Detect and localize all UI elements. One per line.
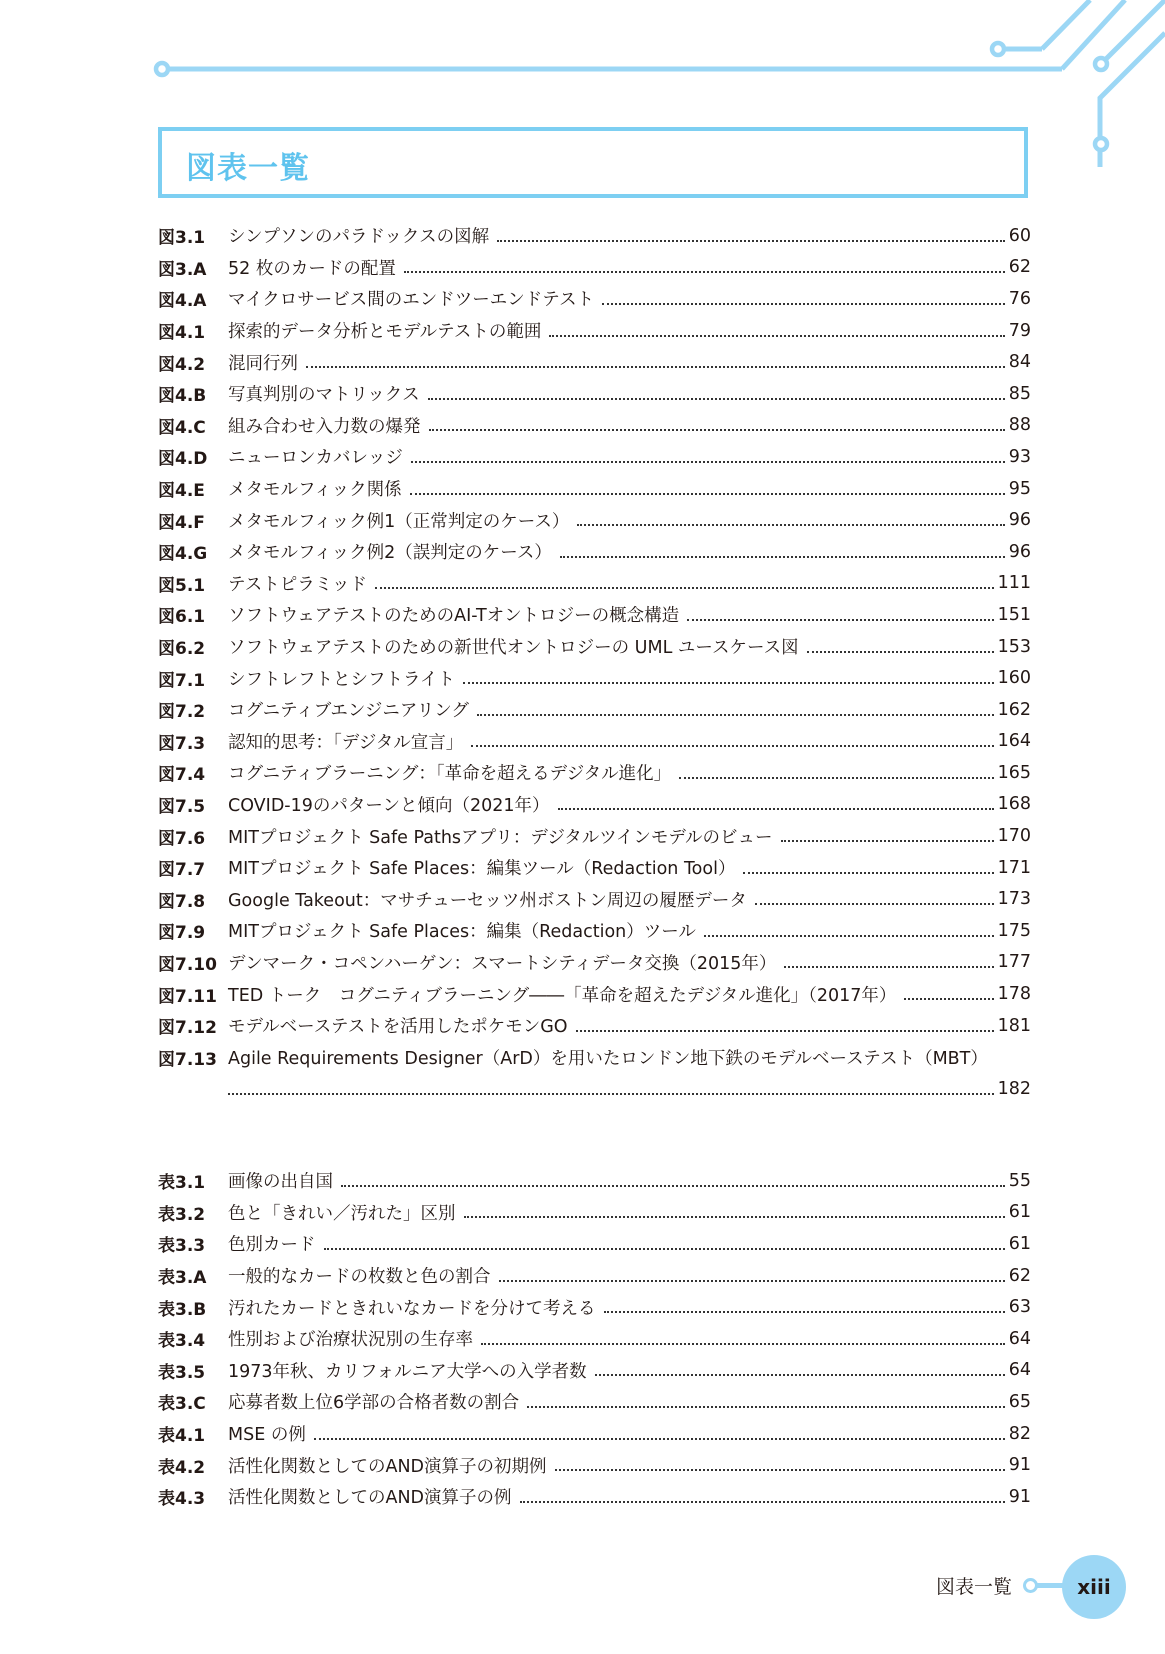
entry-title: 活性化関数としてのAND演算子の初期例 [228, 1453, 551, 1478]
entry-page: 96 [1009, 542, 1031, 562]
entry-title: 汚れたカードときれいなカードを分けて考える [228, 1295, 600, 1320]
entry-number: 表3.4 [158, 1326, 228, 1351]
entry-page: 178 [998, 984, 1031, 1004]
entry-number: 図4.B [158, 381, 228, 406]
entry-title: 色と「きれい／汚れた」区別 [228, 1200, 460, 1225]
entry-title: 1973年秋、カリフォルニア大学への入学者数 [228, 1358, 591, 1383]
leader-dots [743, 872, 993, 874]
entry-number: 図7.10 [158, 950, 228, 975]
entry-number: 図4.F [158, 508, 228, 533]
entry-page: 175 [998, 921, 1031, 941]
table-entry[interactable]: 表3.A一般的なカードの枚数と色の割合62 [158, 1260, 1031, 1292]
entry-page: 61 [1009, 1202, 1031, 1222]
entry-page: 164 [998, 731, 1031, 751]
entry-page: 168 [998, 794, 1031, 814]
entry-number: 表3.2 [158, 1200, 228, 1225]
entry-page: 60 [1009, 226, 1031, 246]
entry-number: 図4.G [158, 539, 228, 564]
figure-entry[interactable]: 図7.7MITプロジェクト Safe Places：編集ツール（Redactio… [158, 852, 1031, 884]
entry-number: 図6.1 [158, 602, 228, 627]
entry-page: 160 [998, 668, 1031, 688]
leader-dots [314, 1438, 1005, 1440]
leader-dots [904, 998, 993, 1000]
leader-dots [807, 651, 994, 653]
table-entry[interactable]: 表4.1MSE の例82 [158, 1418, 1031, 1450]
table-entry[interactable]: 表3.2色と「きれい／汚れた」区別61 [158, 1197, 1031, 1229]
figure-entry[interactable]: 図4.Eメタモルフィック関係95 [158, 473, 1031, 505]
entry-title: マイクロサービス間のエンドツーエンドテスト [228, 286, 598, 311]
table-entry[interactable]: 表4.2活性化関数としてのAND演算子の初期例91 [158, 1449, 1031, 1481]
entry-title: MSE の例 [228, 1421, 310, 1446]
table-entry[interactable]: 表3.3色別カード61 [158, 1228, 1031, 1260]
entry-page: 165 [998, 763, 1031, 783]
entry-number: 表3.A [158, 1263, 228, 1288]
leader-dots [527, 1406, 1005, 1408]
entry-page: 96 [1009, 510, 1031, 530]
figure-entry[interactable]: 図7.9MITプロジェクト Safe Places：編集（Redaction）ツ… [158, 915, 1031, 947]
figure-entry[interactable]: 図7.13Agile Requirements Designer（ArD）を用い… [158, 1041, 1031, 1073]
figure-entry[interactable]: 図7.8Google Takeout：マサチューセッツ州ボストン周辺の履歴データ… [158, 883, 1031, 915]
entry-page: 79 [1009, 321, 1031, 341]
entry-number: 図4.1 [158, 318, 228, 343]
entry-number: 図4.E [158, 476, 228, 501]
leader-dots [520, 1501, 1005, 1503]
entry-page: 170 [998, 826, 1031, 846]
figure-entry[interactable]: 図7.10デンマーク・コペンハーゲン：スマートシティデータ交換（2015年）17… [158, 947, 1031, 979]
leader-dots [429, 429, 1005, 431]
entry-page: 62 [1009, 1266, 1031, 1286]
entry-page: 171 [998, 858, 1031, 878]
entry-number: 図7.8 [158, 887, 228, 912]
entry-page: 61 [1009, 1234, 1031, 1254]
entry-number: 表3.C [158, 1389, 228, 1414]
entry-number: 図7.5 [158, 792, 228, 817]
entry-number: 図4.A [158, 286, 228, 311]
entry-number: 図7.9 [158, 918, 228, 943]
entry-number: 表3.3 [158, 1231, 228, 1256]
entry-title: COVID-19のパターンと傾向（2021年） [228, 792, 554, 817]
page-title: 図表一覧 [186, 143, 310, 187]
entry-title: ニューロンカバレッジ [228, 444, 407, 469]
leader-dots [410, 493, 1005, 495]
entry-title: 混同行列 [228, 350, 302, 375]
entry-title: モデルベーステストを活用したポケモンGO [228, 1013, 572, 1038]
leader-dots [375, 587, 994, 589]
figure-entry[interactable]: 図4.Fメタモルフィック例1（正常判定のケース）96 [158, 504, 1031, 536]
entry-page: 177 [998, 952, 1031, 972]
entry-page: 95 [1009, 479, 1031, 499]
figure-entry[interactable]: 図3.A52 枚のカードの配置62 [158, 252, 1031, 284]
leader-dots [558, 808, 994, 810]
footer-node-icon [1023, 1578, 1038, 1593]
figure-entry[interactable]: 図7.12モデルベーステストを活用したポケモンGO181 [158, 1010, 1031, 1042]
entry-page: 88 [1009, 415, 1031, 435]
entry-page: 93 [1009, 447, 1031, 467]
figure-entry[interactable]: 図6.2ソフトウェアテストのための新世代オントロジーの UML ユースケース図1… [158, 631, 1031, 663]
entry-title: 性別および治療状況別の生存率 [228, 1326, 477, 1351]
entry-page: 82 [1009, 1424, 1031, 1444]
entry-number: 表4.3 [158, 1484, 228, 1509]
footer-section-label: 図表一覧 [936, 1572, 1012, 1599]
leader-dots [324, 1248, 1005, 1250]
leader-dots [576, 1030, 994, 1032]
entry-title: コグニティブラーニング：「革命を超えるデジタル進化」 [228, 760, 675, 785]
table-entry[interactable]: 表3.4性別および治療状況別の生存率64 [158, 1323, 1031, 1355]
entry-number: 図7.11 [158, 982, 228, 1007]
leader-dots [411, 461, 1005, 463]
entry-number: 図7.6 [158, 824, 228, 849]
table-entry[interactable]: 表4.3活性化関数としてのAND演算子の例91 [158, 1481, 1031, 1513]
entry-title: 一般的なカードの枚数と色の割合 [228, 1263, 495, 1288]
leader-dots [602, 303, 1005, 305]
entry-page: 85 [1009, 384, 1031, 404]
leader-dots [306, 366, 1005, 368]
entry-number: 表4.2 [158, 1453, 228, 1478]
leader-dots [471, 745, 993, 747]
entry-title: MITプロジェクト Safe Places：編集ツール（Redaction To… [228, 855, 739, 880]
entry-title: メタモルフィック例1（正常判定のケース） [228, 508, 573, 533]
entry-page: 91 [1009, 1487, 1031, 1507]
entry-page: 151 [998, 605, 1031, 625]
figure-entry[interactable]: 図7.11TED トーク コグニティブラーニング――「革命を超えたデジタル進化」… [158, 978, 1031, 1010]
entry-title: 色別カード [228, 1231, 320, 1256]
entry-title: MITプロジェクト Safe Pathsアプリ：デジタルツインモデルのビュー [228, 824, 777, 849]
entry-title: ソフトウェアテストのためのAI-Tオントロジーの概念構造 [228, 602, 683, 627]
leader-dots [499, 1280, 1005, 1282]
leader-dots [781, 840, 994, 842]
entry-title: テストピラミッド [228, 571, 371, 596]
leader-dots [549, 335, 1004, 337]
table-entry[interactable]: 表3.51973年秋、カリフォルニア大学への入学者数64 [158, 1355, 1031, 1387]
page-title-box: 図表一覧 [158, 127, 1028, 198]
leader-dots [755, 903, 994, 905]
entry-number: 図4.C [158, 413, 228, 438]
entry-title: MITプロジェクト Safe Places：編集（Redaction）ツール [228, 918, 700, 943]
page-number-badge: xiii [1062, 1555, 1126, 1619]
entry-page: 64 [1009, 1360, 1031, 1380]
entry-title: Google Takeout：マサチューセッツ州ボストン周辺の履歴データ [228, 887, 751, 912]
entry-title: シンプソンのパラドックスの図解 [228, 223, 493, 248]
leader-dots [341, 1185, 1005, 1187]
entry-title: 活性化関数としてのAND演算子の例 [228, 1484, 516, 1509]
entry-page: 182 [998, 1079, 1031, 1099]
entry-page: 153 [998, 637, 1031, 657]
entry-title: 52 枚のカードの配置 [228, 255, 400, 280]
leader-dots [560, 556, 1005, 558]
entry-page: 84 [1009, 352, 1031, 372]
table-list: 表3.1画像の出自国55表3.2色と「きれい／汚れた」区別61表3.3色別カード… [158, 1165, 1031, 1513]
entry-number: 図3.1 [158, 223, 228, 248]
entry-number: 表3.B [158, 1295, 228, 1320]
leader-dots [428, 398, 1005, 400]
page-number: xiii [1077, 1575, 1110, 1599]
figure-list: 図3.1シンプソンのパラドックスの図解60図3.A52 枚のカードの配置62図4… [158, 220, 1031, 1105]
figure-entry[interactable]: 図7.2コグニティブエンジニアリング162 [158, 694, 1031, 726]
entry-number: 図7.2 [158, 697, 228, 722]
figure-entry[interactable]: 図5.1テストピラミッド111 [158, 568, 1031, 600]
leader-dots [228, 1093, 994, 1095]
figure-entry[interactable]: 図7.5COVID-19のパターンと傾向（2021年）168 [158, 789, 1031, 821]
figure-entry[interactable]: 図4.Dニューロンカバレッジ93 [158, 441, 1031, 473]
entry-title: 探索的データ分析とモデルテストの範囲 [228, 318, 545, 343]
leader-dots [464, 1216, 1005, 1218]
figure-entry[interactable]: 図4.2混同行列84 [158, 346, 1031, 378]
entry-number: 図3.A [158, 255, 228, 280]
entry-page: 91 [1009, 1455, 1031, 1475]
figure-entry[interactable]: 図4.Gメタモルフィック例2（誤判定のケース）96 [158, 536, 1031, 568]
entry-title: コグニティブエンジニアリング [228, 697, 473, 722]
figure-entry[interactable]: 図3.1シンプソンのパラドックスの図解60 [158, 220, 1031, 252]
leader-dots [784, 966, 993, 968]
table-entry[interactable]: 表3.C応募者数上位6学部の合格者数の割合65 [158, 1386, 1031, 1418]
entry-title: TED トーク コグニティブラーニング――「革命を超えたデジタル進化」（2017… [228, 982, 900, 1007]
entry-page: 65 [1009, 1392, 1031, 1412]
entry-page: 64 [1009, 1329, 1031, 1349]
entry-number: 図7.3 [158, 729, 228, 754]
entry-page: 62 [1009, 257, 1031, 277]
entry-title: ソフトウェアテストのための新世代オントロジーの UML ユースケース図 [228, 634, 803, 659]
entry-number: 図7.1 [158, 666, 228, 691]
leader-dots [481, 1343, 1005, 1345]
entry-page: 55 [1009, 1171, 1031, 1191]
figure-entry[interactable]: 図4.1探索的データ分析とモデルテストの範囲79 [158, 315, 1031, 347]
entry-number: 図7.13 [158, 1045, 228, 1070]
entry-number: 図6.2 [158, 634, 228, 659]
entry-number: 図4.D [158, 444, 228, 469]
entry-number: 表3.5 [158, 1358, 228, 1383]
figure-entry[interactable]: 図7.3認知的思考：「デジタル宣言」164 [158, 726, 1031, 758]
leader-dots [404, 271, 1005, 273]
leader-dots [704, 935, 994, 937]
entry-number: 表4.1 [158, 1421, 228, 1446]
entry-page: 63 [1009, 1297, 1031, 1317]
entry-page: 76 [1009, 289, 1031, 309]
entry-number: 図5.1 [158, 571, 228, 596]
leader-dots [497, 240, 1005, 242]
leader-dots [687, 619, 993, 621]
entry-page: 181 [998, 1016, 1031, 1036]
leader-dots [595, 1374, 1005, 1376]
entry-number: 図7.7 [158, 855, 228, 880]
entry-title: メタモルフィック関係 [228, 476, 406, 501]
entry-title: 画像の出自国 [228, 1168, 337, 1193]
leader-dots [463, 682, 994, 684]
entry-number: 図7.12 [158, 1013, 228, 1038]
table-entry[interactable]: 表3.1画像の出自国55 [158, 1165, 1031, 1197]
entry-title: 認知的思考：「デジタル宣言」 [228, 729, 467, 754]
entry-title: メタモルフィック例2（誤判定のケース） [228, 539, 556, 564]
entry-title: デンマーク・コペンハーゲン：スマートシティデータ交換（2015年） [228, 950, 780, 975]
entry-page: 111 [998, 573, 1031, 593]
figure-entry[interactable]: 図7.1シフトレフトとシフトライト160 [158, 662, 1031, 694]
figure-entry-continuation[interactable]: 182 [158, 1073, 1031, 1105]
figure-entry[interactable]: 図4.C組み合わせ入力数の爆発88 [158, 410, 1031, 442]
entry-number: 図4.2 [158, 350, 228, 375]
entry-title: 組み合わせ入力数の爆発 [228, 413, 425, 438]
leader-dots [577, 524, 1004, 526]
entry-page: 162 [998, 700, 1031, 720]
entry-title: 写真判別のマトリックス [228, 381, 424, 406]
entry-number: 図7.4 [158, 760, 228, 785]
figure-entry[interactable]: 図4.Aマイクロサービス間のエンドツーエンドテスト76 [158, 283, 1031, 315]
entry-title: Agile Requirements Designer（ArD）を用いたロンドン… [228, 1045, 992, 1070]
entry-page: 173 [998, 889, 1031, 909]
leader-dots [604, 1311, 1005, 1313]
entry-title: 応募者数上位6学部の合格者数の割合 [228, 1389, 523, 1414]
figure-entry[interactable]: 図7.6MITプロジェクト Safe Pathsアプリ：デジタルツインモデルのビ… [158, 820, 1031, 852]
figure-entry[interactable]: 図7.4コグニティブラーニング：「革命を超えるデジタル進化」165 [158, 757, 1031, 789]
table-entry[interactable]: 表3.B汚れたカードときれいなカードを分けて考える63 [158, 1291, 1031, 1323]
figure-entry[interactable]: 図4.B写真判別のマトリックス85 [158, 378, 1031, 410]
entry-title: シフトレフトとシフトライト [228, 666, 459, 691]
leader-dots [679, 777, 993, 779]
leader-dots [555, 1469, 1005, 1471]
figure-entry[interactable]: 図6.1ソフトウェアテストのためのAI-Tオントロジーの概念構造151 [158, 599, 1031, 631]
leader-dots [477, 714, 994, 716]
entry-number: 表3.1 [158, 1168, 228, 1193]
